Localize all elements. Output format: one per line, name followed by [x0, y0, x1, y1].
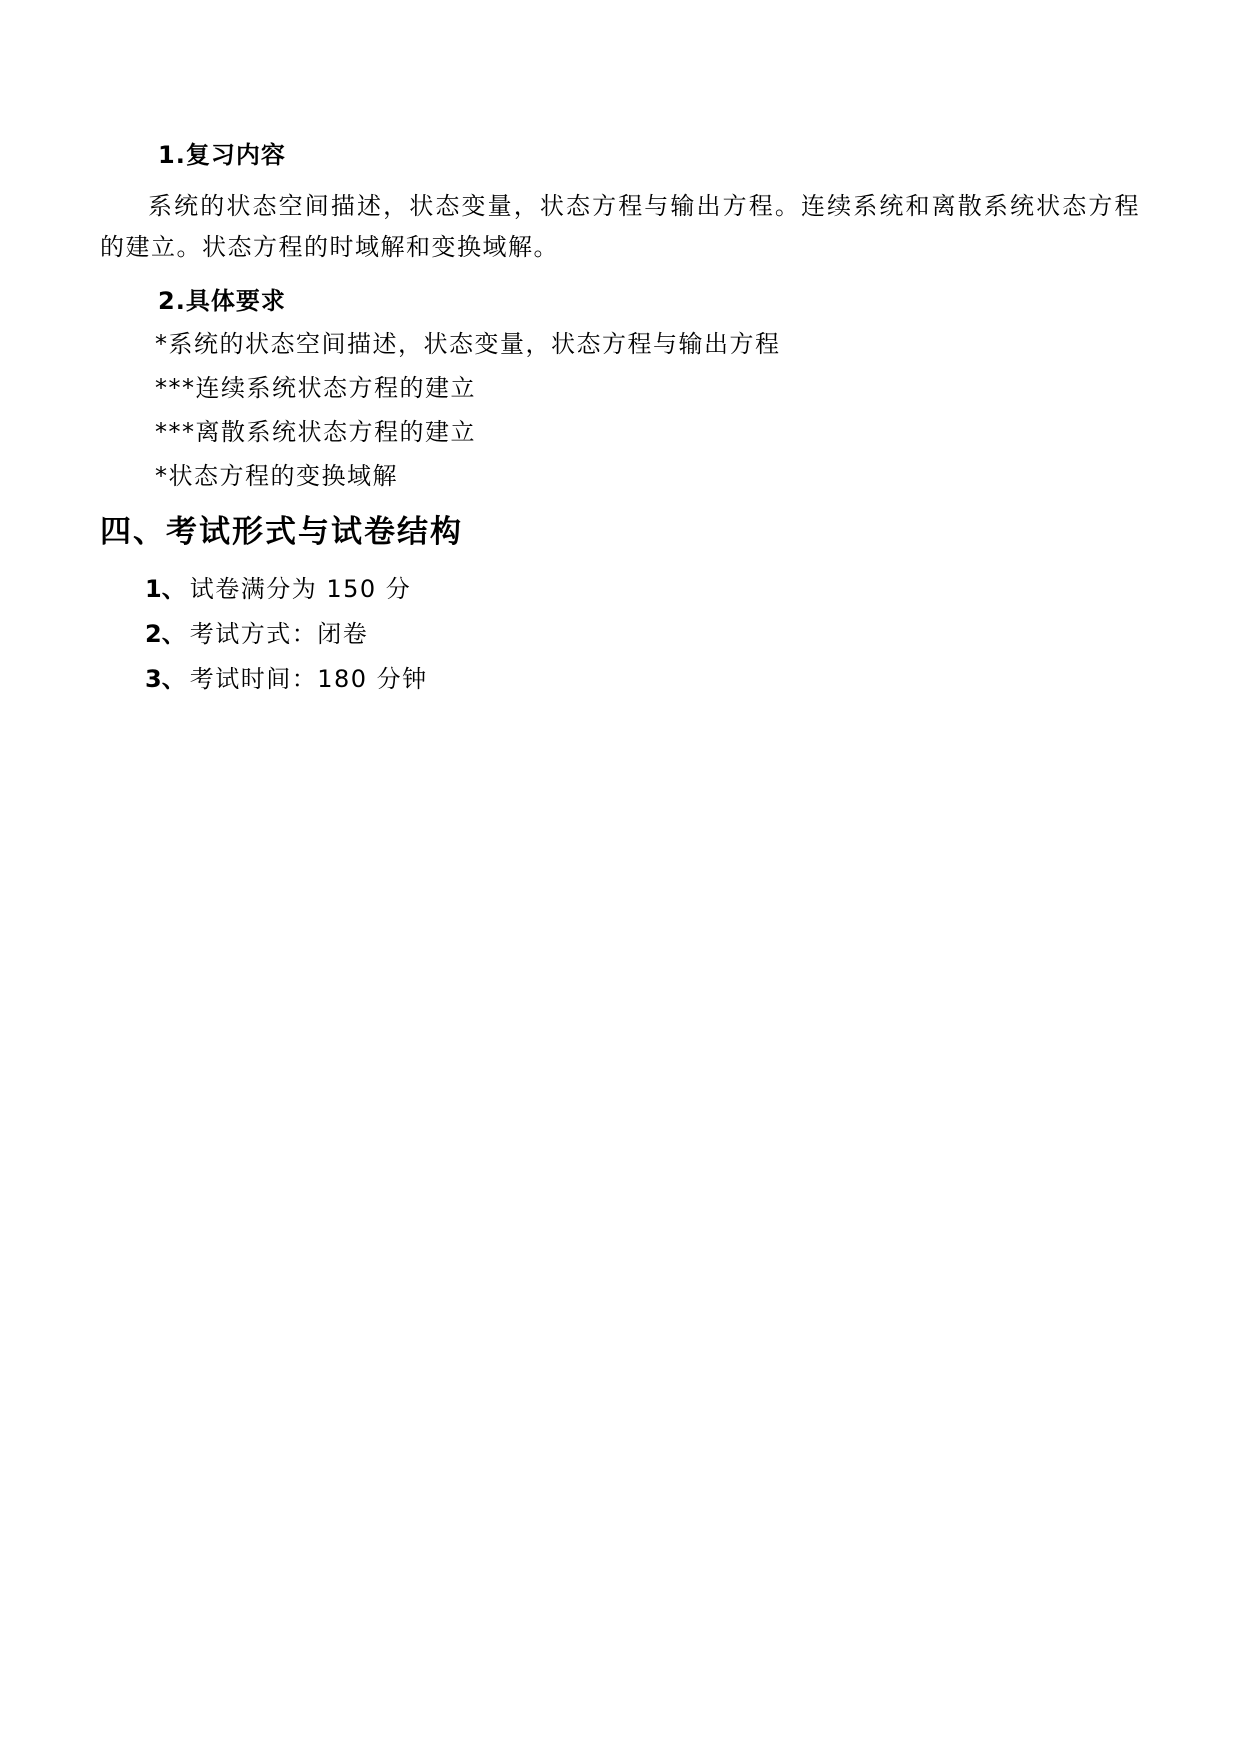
exam-item-number: 1、: [145, 575, 186, 603]
review-content-paragraph: 系统的状态空间描述，状态变量，状态方程与输出方程。连续系统和离散系统状态方程的建…: [100, 186, 1140, 268]
exam-item-text: 考试方式：闭卷: [190, 620, 369, 648]
document-content: 1.复习内容 系统的状态空间描述，状态变量，状态方程与输出方程。连续系统和离散系…: [100, 142, 1140, 693]
review-content-heading: 1.复习内容: [100, 142, 1140, 168]
requirement-item: *状态方程的变换域解: [100, 463, 1140, 490]
exam-detail-item: 1、试卷满分为 150 分: [100, 576, 1140, 603]
exam-item-number: 3、: [145, 665, 186, 693]
exam-detail-item: 2、考试方式：闭卷: [100, 621, 1140, 648]
exam-item-text: 试卷满分为 150 分: [190, 575, 412, 603]
requirement-item: ***连续系统状态方程的建立: [100, 375, 1140, 402]
requirement-item: ***离散系统状态方程的建立: [100, 419, 1140, 446]
specific-requirements-heading: 2.具体要求: [100, 288, 1140, 314]
document-page: 1.复习内容 系统的状态空间描述，状态变量，状态方程与输出方程。连续系统和离散系…: [0, 0, 1240, 1754]
exam-detail-item: 3、考试时间：180 分钟: [100, 666, 1140, 693]
exam-format-structure-heading: 四、考试形式与试卷结构: [100, 514, 1140, 550]
exam-item-number: 2、: [145, 620, 186, 648]
requirement-item: *系统的状态空间描述，状态变量，状态方程与输出方程: [100, 331, 1140, 358]
exam-item-text: 考试时间：180 分钟: [190, 665, 428, 693]
